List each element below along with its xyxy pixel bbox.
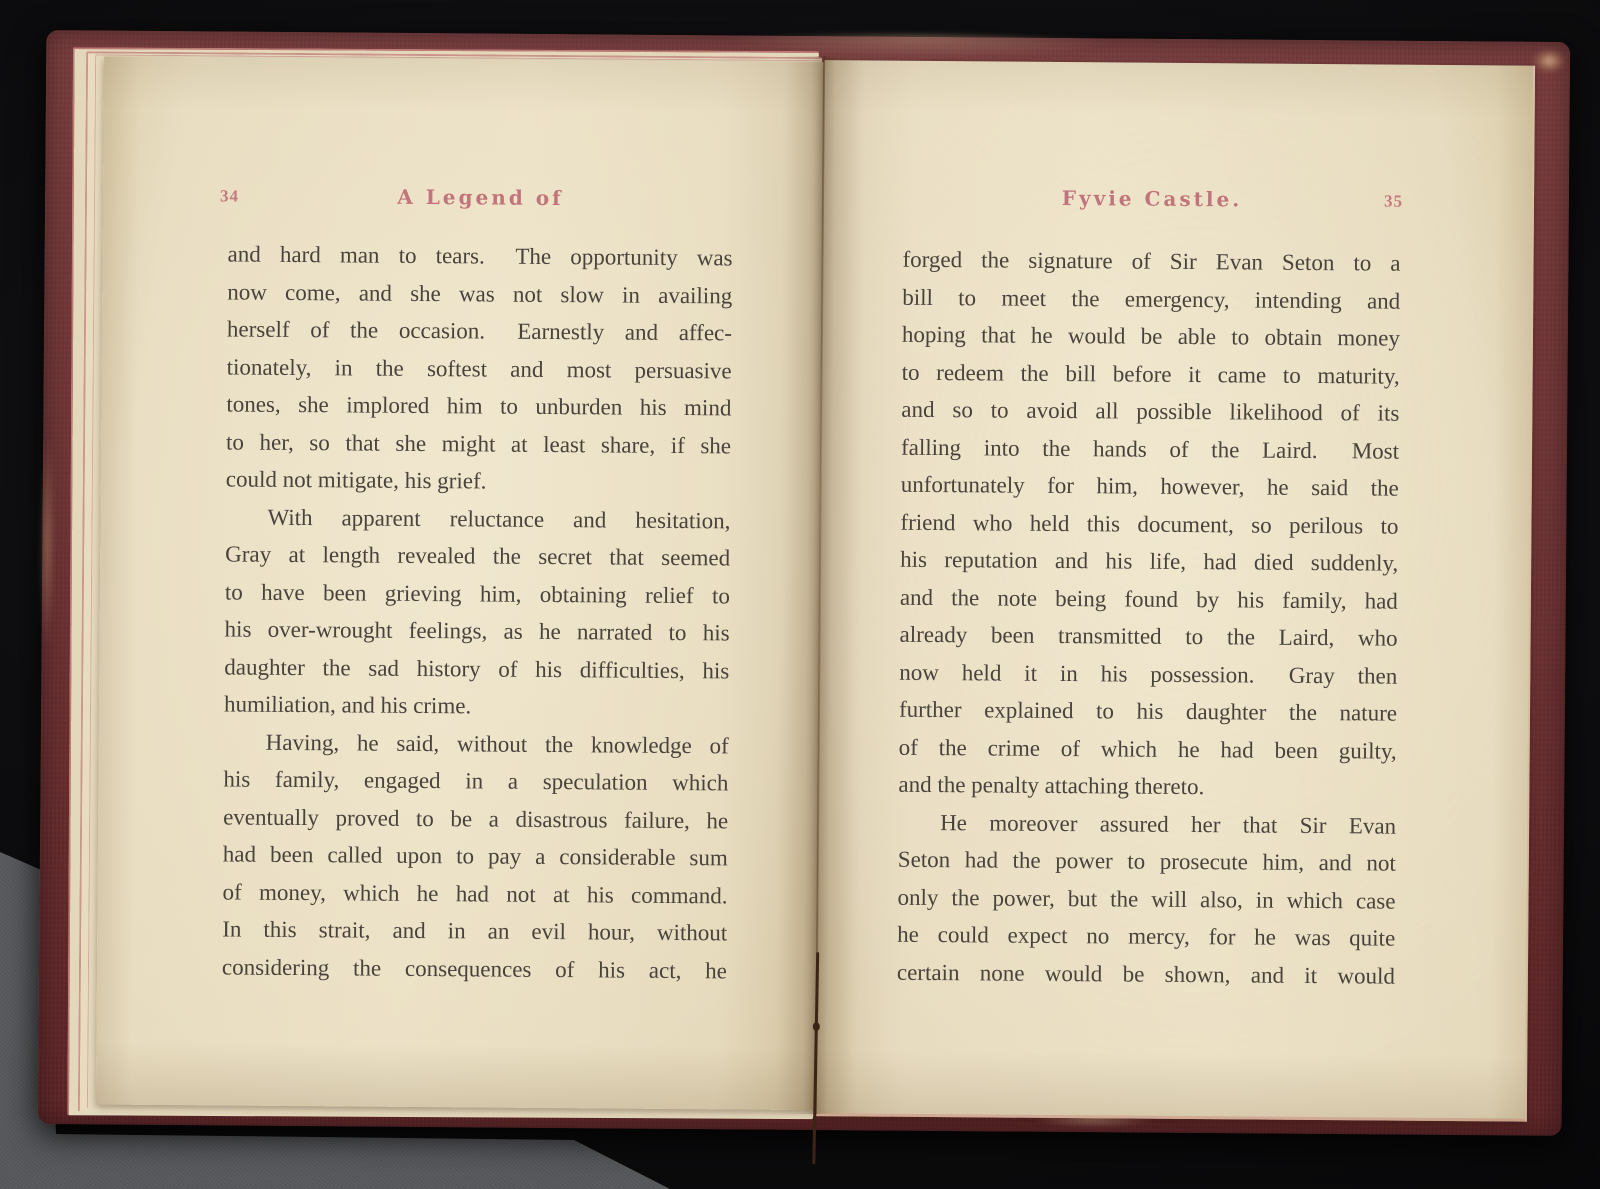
text-line: falling into the hands of the Laird. Mos… bbox=[901, 428, 1399, 469]
right-page: Fyvie Castle. 35 forged the signature of… bbox=[816, 60, 1535, 1122]
text-line: his over-wrought feelings, as he narrate… bbox=[224, 610, 729, 651]
text-line: herself of the occasion. Earnestly and a… bbox=[227, 310, 732, 351]
text-line: certain none would be shown, and it woul… bbox=[897, 953, 1395, 994]
text-line: Seton had the power to prosecute him, an… bbox=[898, 841, 1396, 882]
text-line: In this strait, and in an evil hour, wit… bbox=[222, 910, 727, 951]
text-line: tionately, in the softest and most persu… bbox=[227, 348, 732, 389]
text-line: hoping that he would be able to obtain m… bbox=[902, 316, 1400, 357]
text-line: unfortunately for him, however, he said … bbox=[901, 466, 1399, 507]
text-line: forged the signature of Sir Evan Seton t… bbox=[902, 241, 1400, 282]
text-line: already been transmitted to the Laird, w… bbox=[899, 616, 1397, 657]
running-title: A Legend of bbox=[228, 183, 733, 211]
page-text: forged the signature of Sir Evan Seton t… bbox=[897, 241, 1401, 995]
text-line: had been called upon to pay a considerab… bbox=[223, 835, 728, 876]
text-line: to have been grieving him, obtaining rel… bbox=[225, 573, 730, 614]
text-line: his family, engaged in a speculation whi… bbox=[223, 760, 728, 801]
text-line: Having, he said, without the knowledge o… bbox=[224, 723, 729, 764]
text-line: friend who held this document, so perilo… bbox=[900, 503, 1398, 544]
text-line: further explained to his daughter the na… bbox=[899, 691, 1397, 732]
text-line: Gray at length revealed the secret that … bbox=[225, 535, 730, 576]
page-text: and hard man to tears. The opportunity w… bbox=[222, 235, 733, 989]
text-line: bill to meet the emergency, intending an… bbox=[902, 278, 1400, 319]
text-line: daughter the sad history of his difficul… bbox=[224, 648, 729, 689]
text-line: of money, which he had not at his comman… bbox=[222, 873, 727, 914]
text-line: considering the consequences of his act,… bbox=[222, 948, 727, 989]
book: 34 A Legend of and hard man to tears. Th… bbox=[38, 30, 1571, 1136]
text-line: With apparent reluctance and hesitation, bbox=[225, 498, 730, 539]
text-line: and the penalty attaching thereto. bbox=[898, 766, 1396, 807]
page-header: Fyvie Castle. 35 bbox=[903, 185, 1401, 221]
text-line: tones, she implored him to unburden his … bbox=[226, 385, 731, 426]
text-line: and the note being found by his family, … bbox=[900, 578, 1398, 619]
photo-background: 34 A Legend of and hard man to tears. Th… bbox=[0, 0, 1600, 1189]
text-line: He moreover assured her that Sir Evan bbox=[898, 803, 1396, 844]
text-line: and so to avoid all possible likelihood … bbox=[901, 391, 1399, 432]
text-line: could not mitigate, his grief. bbox=[226, 460, 731, 501]
text-line: his reputation and his life, had died su… bbox=[900, 541, 1398, 582]
text-line: now come, and she was not slow in availi… bbox=[227, 273, 732, 314]
text-line: now held it in his possession. Gray then bbox=[899, 653, 1397, 694]
text-line: he could expect no mercy, for he was qui… bbox=[897, 916, 1395, 957]
page-number: 35 bbox=[1384, 192, 1403, 212]
text-line: eventually proved to be a disastrous fai… bbox=[223, 798, 728, 839]
left-page: 34 A Legend of and hard man to tears. Th… bbox=[96, 56, 824, 1110]
text-line: of the crime of which he had been guilty… bbox=[899, 728, 1397, 769]
text-line: to redeem the bill before it came to mat… bbox=[902, 353, 1400, 394]
text-line: and hard man to tears. The opportunity w… bbox=[227, 235, 732, 276]
text-line: only the power, but the will also, in wh… bbox=[897, 878, 1395, 919]
page-header: 34 A Legend of bbox=[228, 183, 733, 219]
text-line: to her, so that she might at least share… bbox=[226, 423, 731, 464]
running-title: Fyvie Castle. bbox=[903, 185, 1401, 213]
text-line: humiliation, and his crime. bbox=[224, 685, 729, 726]
